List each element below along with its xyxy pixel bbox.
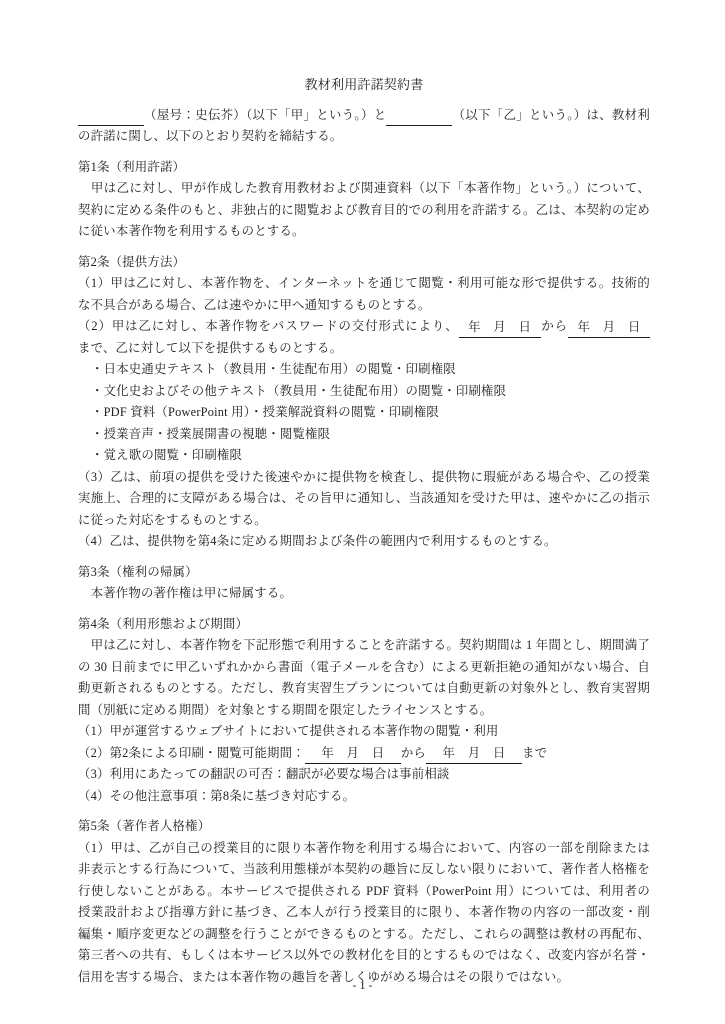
preamble-party-a-text: （屋号：史伝芥）（以下「甲」という。）と <box>144 108 386 122</box>
section-gap <box>78 605 650 614</box>
page-number: - 1 - <box>0 978 725 993</box>
article-4-body-line: 甲は乙に対し、本著作物を下記形態で利用することを許諾する。契約期間は 1 年間と… <box>78 635 650 657</box>
article-5-clause-1-line: （1）甲は、乙が自己の授業目的に限り本著作物を利用する場合において、内容の一部を… <box>78 838 650 860</box>
article-4-clause-2-line: （2）第2条による印刷・閲覧可能期間：年 月 日から年 月 日まで <box>78 743 650 765</box>
provided-item-bullet: ・PDF 資料（PowerPoint 用）・授業解説資料の閲覧・印刷権限 <box>78 402 650 424</box>
contract-body: 教材利用許諾契約書 （屋号：史伝芥）（以下「甲」という。）と（以下「乙」という。… <box>78 74 650 988</box>
article-5-clause-1-line: 非表示とする行為について、当該利用態様が本契約の趣旨に反しない限りにおいて、著作… <box>78 859 650 881</box>
fill-in-blank-party-b-name <box>386 108 452 126</box>
section-gap <box>78 96 650 105</box>
clause-2-prefix-text: （2）甲は乙に対し、本著作物をパスワードの交付形式により、 <box>78 319 459 333</box>
article-4-clause-3-line: （3）利用にあたっての翻訳の可否：翻訳が必要な場合は事前相談 <box>78 764 650 786</box>
article-4-heading: 第4条（利用形態および期間） <box>78 614 650 636</box>
article-4-body-line: 間（別紙に定める期間）を対象とする期間を限定したライセンスとする。 <box>78 700 650 722</box>
kara-text: から <box>541 319 568 333</box>
article-2-heading: 第2条（提供方法） <box>78 252 650 274</box>
provided-item-bullet: ・覚え歌の閲覧・印刷権限 <box>78 445 650 467</box>
article-2-clause-3-line: （3）乙は、前項の提供を受けた後速やかに提供物を検査し、提供物に瑕疵がある場合や… <box>78 467 650 489</box>
provided-item-bullet: ・日本史通史テキスト（教員用・生徒配布用）の閲覧・印刷権限 <box>78 359 650 381</box>
article-5-clause-1-line: 第三者への共有、もしくは本サービス以外での教材化を目的とするものではなく、改変内… <box>78 945 650 967</box>
kara-text: から <box>401 746 426 760</box>
date-fill-in-field-start: 年 月 日 <box>459 317 541 338</box>
article-5-clause-1-line: 行使しないことがある。本サービスで提供される PDF 資料（PowerPoint… <box>78 881 650 903</box>
section-gap <box>78 807 650 816</box>
article-2-clause-3-line: に従った対応をするものとする。 <box>78 510 650 532</box>
article-5-clause-1-line: 授業設計および指導方針に基づき、乙本人が行う授業目的に限り、本著作物の内容の一部… <box>78 902 650 924</box>
provided-item-bullet: ・授業音声・授業展開書の視聴・閲覧権限 <box>78 424 650 446</box>
article-2-clause-2-line: まで、乙に対して以下を提供するものとする。 <box>78 338 650 360</box>
article-5-heading: 第5条（著作者人格権） <box>78 816 650 838</box>
made-text: まで <box>522 746 547 760</box>
article-1-heading: 第1条（利用許諾） <box>78 157 650 179</box>
preamble-line-2: の許諾に関し、以下のとおり契約を締結する。 <box>78 126 650 148</box>
article-5-clause-1-line: 編集・順序変更などの調整を行うことができるものとする。ただし、これらの調整は教材… <box>78 924 650 946</box>
article-2-clause-1-line: （1）甲は乙に対し、本著作物を、インターネットを通じて閲覧・利用可能な形で提供す… <box>78 273 650 295</box>
article-2-clause-2-line: （2）甲は乙に対し、本著作物をパスワードの交付形式により、年 月 日から年 月 … <box>78 316 650 338</box>
article-1-body-line: 契約に定める条件のもと、非独占的に閲覧および教育目的での利用を許諾する。乙は、本… <box>78 200 650 222</box>
contract-page: 教材利用許諾契約書 （屋号：史伝芥）（以下「甲」という。）と（以下「乙」という。… <box>0 0 725 1024</box>
article-4-body-line: の 30 日前までに甲乙いずれかから書面（電子メールを含む）による更新拒絶の通知… <box>78 657 650 679</box>
section-gap <box>78 553 650 562</box>
fill-in-blank-party-a-name <box>78 108 144 126</box>
article-2-clause-4-line: （4）乙は、提供物を第4条に定める期間および条件の範囲内で利用するものとする。 <box>78 531 650 553</box>
date-fill-in-field-start: 年 月 日 <box>305 743 401 764</box>
article-2-clause-3-line: 実施上、合理的に支障がある場合は、その旨甲に通知し、当該通知を受けた甲は、速やか… <box>78 488 650 510</box>
date-fill-in-field-end: 年 月 日 <box>568 317 650 338</box>
article-4-body-line: 動更新されるものとする。ただし、教育実習生プランについては自動更新の対象外とし、… <box>78 678 650 700</box>
article-3-body-line: 本著作物の著作権は甲に帰属する。 <box>78 583 650 605</box>
print-period-prefix-text: （2）第2条による印刷・閲覧可能期間： <box>78 746 305 760</box>
article-2-clause-1-line: な不具合がある場合、乙は速やかに甲へ通知するものとする。 <box>78 295 650 317</box>
article-1-body-line: に従い本著作物を利用するものとする。 <box>78 221 650 243</box>
document-title: 教材利用許諾契約書 <box>78 74 650 96</box>
article-1-body-line: 甲は乙に対し、甲が作成した教育用教材および関連資料（以下「本著作物」という。）に… <box>78 178 650 200</box>
section-gap <box>78 148 650 157</box>
article-4-clause-1-line: （1）甲が運営するウェブサイトにおいて提供される本著作物の閲覧・利用 <box>78 721 650 743</box>
provided-item-bullet: ・文化史およびその他テキスト（教員用・生徒配布用）の閲覧・印刷権限 <box>78 381 650 403</box>
preamble-line-1: （屋号：史伝芥）（以下「甲」という。）と（以下「乙」という。）は、教材利用 <box>78 105 650 127</box>
article-3-heading: 第3条（権利の帰属） <box>78 562 650 584</box>
section-gap <box>78 243 650 252</box>
article-4-clause-4-line: （4）その他注意事項：第8条に基づき対応する。 <box>78 786 650 808</box>
date-fill-in-field-end: 年 月 日 <box>426 743 522 764</box>
